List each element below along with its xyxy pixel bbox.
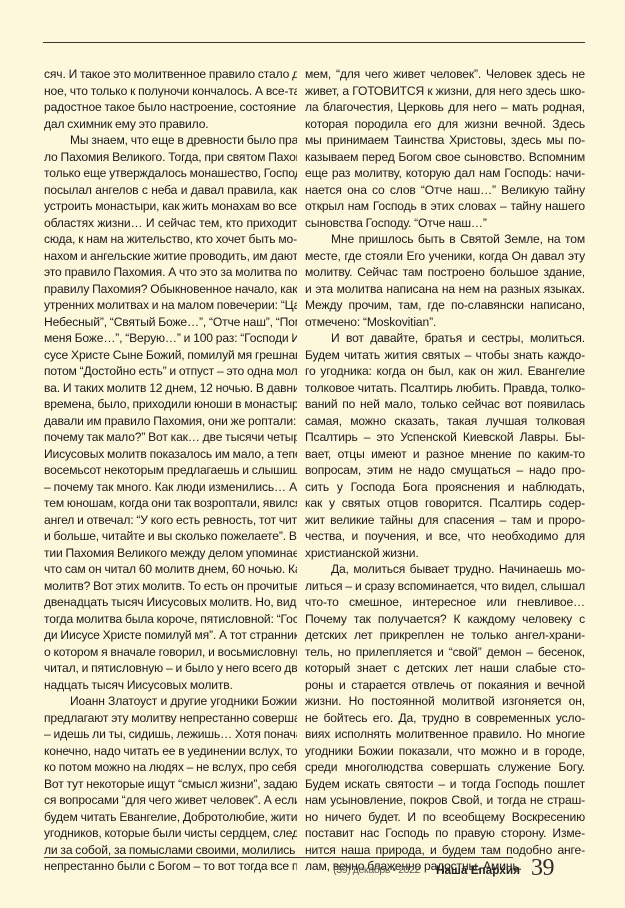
text-line: сусе Христе Сыне Божий, помилуй мя грешн… (44, 347, 297, 364)
text-line: мы принимаем Таинства Христовы, здесь мы… (305, 132, 585, 149)
text-line: Псалтирь – это Успенской Киевской Лавры.… (305, 429, 585, 446)
text-line: сяч. И такое это молитвенное правило ста… (44, 66, 297, 83)
text-line: вопросам, этим не надо смущаться – надо … (305, 462, 585, 479)
text-line: сить у Господа Бога прояснения и наблюда… (305, 479, 585, 496)
text-line: ди Иисусе Христе помилуй мя”. А тот стра… (44, 627, 297, 644)
text-line: предлагают эту молитву непрестанно совер… (44, 710, 297, 727)
text-line: ла благочестия, Церковь для него – мать … (305, 99, 585, 116)
text-line: дал схимник ему это правило. (44, 116, 297, 133)
text-line: читал, и пятисловную – и было у него все… (44, 660, 297, 677)
article-column-right: мем, “для чего живет человек”. Человек з… (305, 66, 585, 875)
text-line: что сам он читал 60 молитв днем, 60 ночь… (44, 561, 297, 578)
text-line: меня Боже…”, “Верую…” и 100 раз: “Господ… (44, 330, 297, 347)
text-line: нам усыновление, покров Свой, и тогда не… (305, 792, 585, 809)
publication-title: Наша Епархия (436, 863, 520, 877)
text-line: Иоанн Златоуст и другие угодники Божии (44, 693, 297, 710)
text-line: нахом и ангельские житие проводить, им д… (44, 248, 297, 265)
text-line: Будем читать жития святых – чтобы знать … (305, 347, 585, 364)
text-line: о котором я вначале говорил, и восьмисло… (44, 644, 297, 661)
text-line: Мне пришлось быть в Святой Земле, на том (305, 231, 585, 248)
text-line: почему так мало?” Вот как… две тысячи че… (44, 429, 297, 446)
bottom-rule (44, 857, 513, 858)
text-line: сыновства Господу. “Отче наш…” (305, 215, 585, 232)
text-line: правилу Пахомия? Обыкновенное начало, ка… (44, 281, 297, 298)
text-line: устроить монастыри, как жить монахам во … (44, 198, 297, 215)
text-line: жит великие тайны для спасения – там и п… (305, 512, 585, 529)
text-line: непрестанно были с Богом – то вот тогда … (44, 858, 297, 875)
text-line: ся вопросами “для чего живет человек”. А… (44, 792, 297, 809)
text-line: среди многолюдства совершать служение Бо… (305, 759, 585, 776)
text-line: это правило Пахомия. А что это за молитв… (44, 264, 297, 281)
text-line: нается она со слов “Отче наш…” Великую т… (305, 182, 585, 199)
text-line: живет, а ГОТОВИТСЯ к жизни, для него зде… (305, 83, 585, 100)
text-line: ное, что только к полуночи кончалось. А … (44, 83, 297, 100)
text-line: Между прочим, там, где по-славянски напи… (305, 297, 585, 314)
text-line: молитву. Сейчас там построено большое зд… (305, 264, 585, 281)
text-line: самая, можно сказать, такая лучшая толко… (305, 413, 585, 430)
text-line: – почему так много. Как люди изменились…… (44, 479, 297, 496)
text-line: как у святых отцов говорится. Псалтирь с… (305, 495, 585, 512)
text-line: еще раз молитву, которую дал нам Господь… (305, 165, 585, 182)
text-line: жизни. Но постоянной молитвой изгоняется… (305, 693, 585, 710)
text-line: открыл нам Господь в этих словах – тайну… (305, 198, 585, 215)
text-line: месте, где стояли Его ученики, когда Он … (305, 248, 585, 265)
text-line: литься – и сразу вспоминается, что видел… (305, 578, 585, 595)
top-rule (43, 42, 585, 43)
text-line: времена, было, приходили юноши в монасты… (44, 396, 297, 413)
text-line: Да, молиться бывает трудно. Начинаешь мо… (305, 561, 585, 578)
text-line: восемьсот некоторым предлагаешь и слышиш… (44, 462, 297, 479)
text-line: ангел и отвечал: “У кого есть ревность, … (44, 512, 297, 529)
text-line: Будем искать святости – и тогда Господь … (305, 776, 585, 793)
text-line: Почему так получается? К каждому человек… (305, 611, 585, 628)
text-line: который знает с детских лет наши слабые … (305, 660, 585, 677)
text-line: роны и старается отвлечь от покаяния и в… (305, 677, 585, 694)
text-line: радостное такое было настроение, состоян… (44, 99, 297, 116)
text-line: и больше, читайте и вы сколько пожелаете… (44, 528, 297, 545)
text-line: давали им правило Пахомия, они же роптал… (44, 413, 297, 430)
text-line: Вот тут некоторые ищут “смысл жизни”, за… (44, 776, 297, 793)
text-line: не бойтесь его. Да, трудно в современных… (305, 710, 585, 727)
text-line: потом “Достойно есть” и отпуст – это одн… (44, 363, 297, 380)
text-line: угодников, которые были чисты сердцем, с… (44, 825, 297, 842)
text-line: только еще утверждалось монашество, Госп… (44, 165, 297, 182)
article-column-left: сяч. И такое это молитвенное правило ста… (44, 66, 297, 875)
text-line: сюда, к нам на жительство, кто хочет быт… (44, 231, 297, 248)
page-number: 39 (531, 855, 554, 882)
text-line: утренних молитвах и на малом повечерии: … (44, 297, 297, 314)
text-line: отмечено: “Moskovitian”. (305, 314, 585, 331)
text-line: ваний по ней мало, только сейчас вот поя… (305, 396, 585, 413)
text-line: вает, отцы имеют и разное мнение по каки… (305, 446, 585, 463)
text-line: казываем перед Богом свое сыновство. Всп… (305, 149, 585, 166)
text-line: ли за собой, за помыслами своими, молили… (44, 842, 297, 859)
text-line: Иисусовых молитв показалось им мало, а т… (44, 446, 297, 463)
text-line: будем читать Евангелие, Добротолюбие, жи… (44, 809, 297, 826)
text-line: виях исполнять молитвенное правило. Но м… (305, 726, 585, 743)
text-line: Небесный”, “Святый Боже…”, “Отче наш”, “… (44, 314, 297, 331)
text-line: областях жизни… И сейчас тем, кто приход… (44, 215, 297, 232)
text-line: двенадцать тысяч Иисусовых молитв. Но, в… (44, 594, 297, 611)
text-line: ко потом можно на людях – не вслух, про … (44, 759, 297, 776)
text-line: толковое читать. Псалтирь любить. Правда… (305, 380, 585, 397)
issue-info: (39) декабрь • 2022 (333, 864, 420, 876)
text-line: что-то смешное, интересное или гневливое… (305, 594, 585, 611)
text-line: молитв? Вот этих молитв. То есть он проч… (44, 578, 297, 595)
text-line: которая породила его для жизни вечной. З… (305, 116, 585, 133)
text-line: – идешь ли ты, сидишь, лежишь… Хотя пона… (44, 726, 297, 743)
page-footer: (39) декабрь • 2022 Наша Епархия (300, 859, 520, 879)
text-line: христианской жизни. (305, 545, 585, 562)
text-line: детских лет прикреплен не только ангел-х… (305, 627, 585, 644)
text-line: мем, “для чего живет человек”. Человек з… (305, 66, 585, 83)
text-line: тель, но прилепляется и “свой” демон – б… (305, 644, 585, 661)
text-line: и эта молитва написана на нем на разных … (305, 281, 585, 298)
text-line: Мы знаем, что еще в древности было прави… (44, 132, 297, 149)
text-line: го угодника: когда он был, как он жил. Е… (305, 363, 585, 380)
text-line: ло Пахомия Великого. Тогда, при святом П… (44, 149, 297, 166)
text-line: поставит нас Господь по правую сторону. … (305, 825, 585, 842)
text-line: тем юношам, когда они так возроптали, яв… (44, 495, 297, 512)
text-line: И вот давайте, братья и сестры, молиться… (305, 330, 585, 347)
text-line: угодники Божии показали, что можно и в г… (305, 743, 585, 760)
text-line: но ничего будет. И по всеобщему Воскресе… (305, 809, 585, 826)
text-line: ва. И таких молитв 12 днем, 12 ночью. В … (44, 380, 297, 397)
text-line: конечно, надо читать ее в уединении вслу… (44, 743, 297, 760)
text-line: посылал ангелов с неба и давал правила, … (44, 182, 297, 199)
text-line: тии Пахомия Великого между делом упомина… (44, 545, 297, 562)
text-line: надцать тысяч Иисусовых молитв. (44, 677, 297, 694)
text-line: тогда молитва была короче, пятисловной: … (44, 611, 297, 628)
text-line: чества, и поучения, и все, что необходим… (305, 528, 585, 545)
